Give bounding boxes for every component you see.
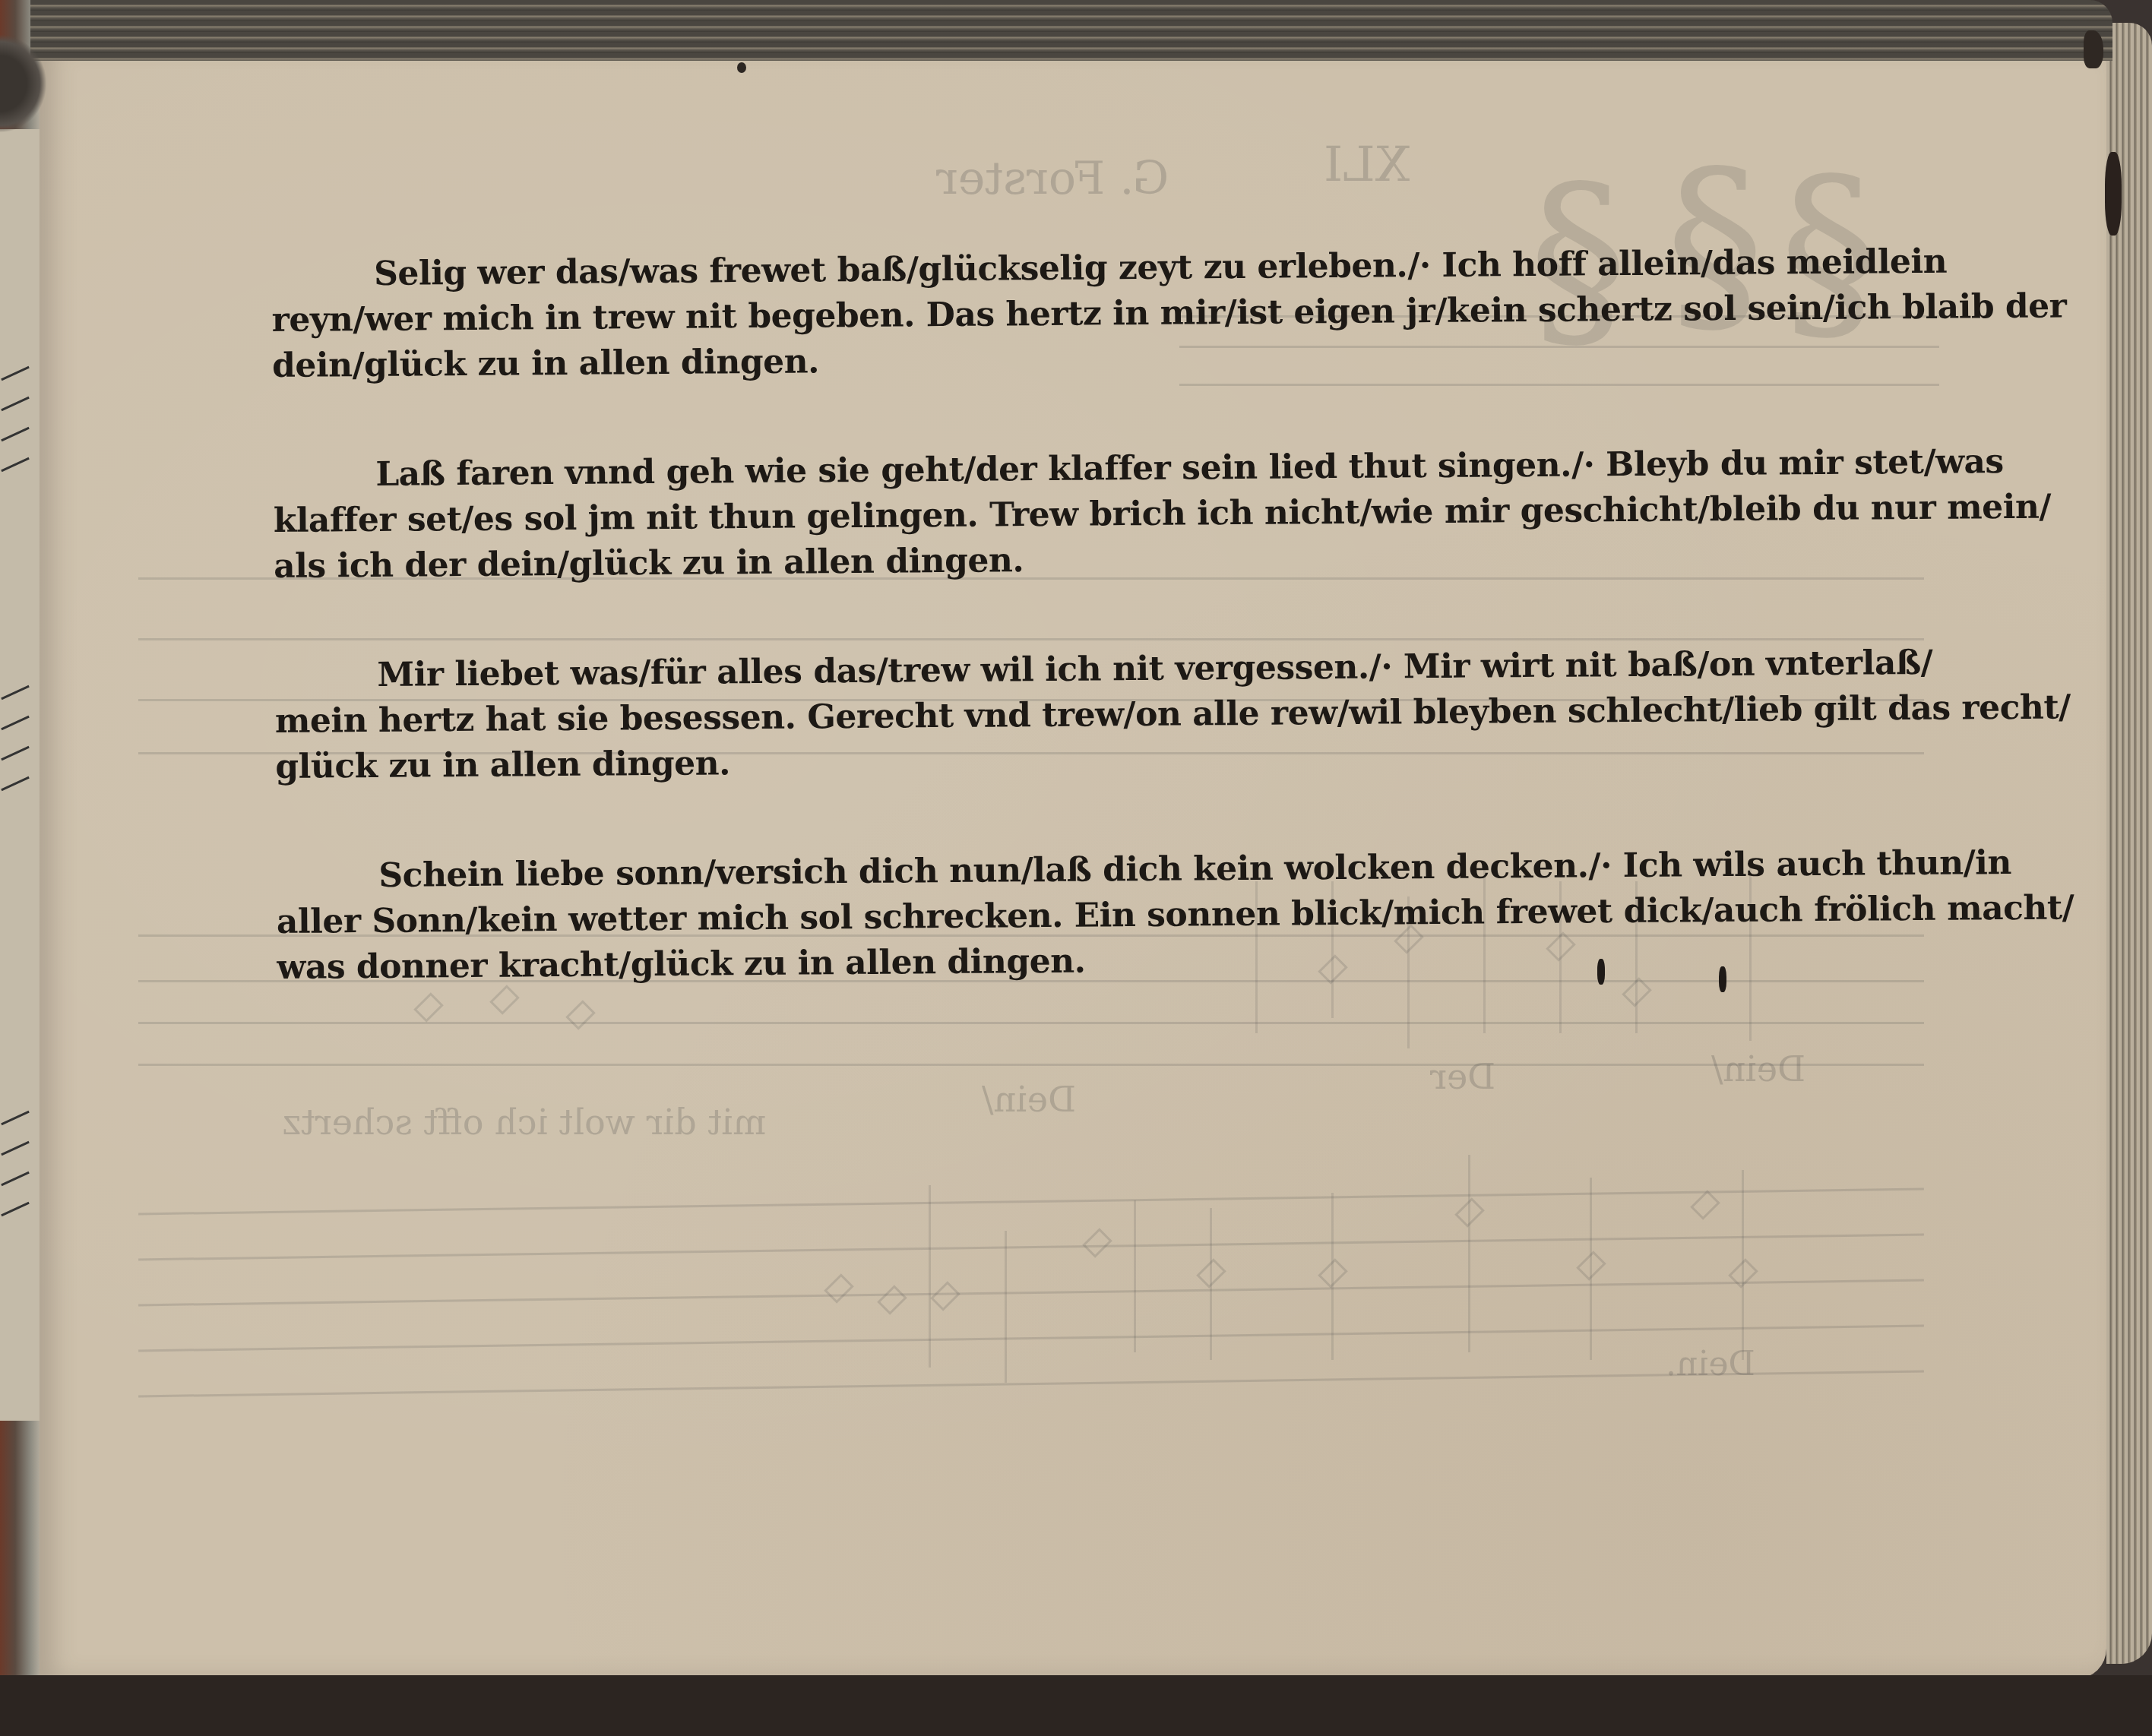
facing-staff-mark	[1, 1111, 30, 1126]
bleed-through-note-stem	[1134, 1200, 1136, 1352]
bleed-through-staff-line	[138, 1279, 1924, 1307]
bleed-through-note	[1454, 1197, 1485, 1228]
facing-staff-mark	[1, 776, 30, 792]
scan-bottom-shadow	[0, 1675, 2152, 1736]
bleed-through-note-stem	[1005, 1231, 1007, 1383]
facing-page-sliver	[0, 129, 40, 1421]
bleed-through-lyric: Der	[1430, 1056, 1495, 1097]
bleed-through-note	[1318, 1258, 1348, 1289]
facing-staff-mark	[1, 685, 30, 700]
bleed-through-note	[1082, 1228, 1112, 1258]
bleed-through-lyric: Dein/	[982, 1079, 1076, 1120]
stanza-1: Selig wer das/was frewet baß/glückselig …	[271, 239, 1974, 389]
bleed-through-lyric: Dein/	[1711, 1048, 1805, 1089]
facing-staff-mark	[1, 1172, 30, 1187]
bleed-through-note-stem	[1468, 1155, 1470, 1352]
bleed-through-note	[824, 1273, 854, 1304]
facing-staff-mark	[1, 397, 30, 412]
edge-ink-blot	[2105, 152, 2122, 236]
bleed-through-note	[930, 1281, 960, 1311]
bleed-through-staff-line	[138, 1371, 1924, 1398]
bleed-through-note	[877, 1285, 907, 1315]
song-text-block: Selig wer das/was frewet baß/glückselig …	[271, 239, 1980, 1055]
stanza-3: Mir liebet was/für alles das/trew wil ic…	[274, 640, 1977, 790]
bleed-through-note-stem	[929, 1185, 931, 1368]
page-fore-edge	[2106, 23, 2152, 1664]
ink-speck	[737, 62, 746, 73]
bleed-through-staff-line	[138, 1234, 1924, 1261]
facing-staff-mark	[1, 746, 30, 761]
bleed-through-lyric: mit dir wolt ich offt schertz	[283, 1102, 766, 1143]
bleed-through-note	[1196, 1258, 1226, 1289]
facing-staff-mark	[1, 366, 30, 381]
bleed-through-lyric: Dein.	[1666, 1345, 1755, 1383]
bleed-through-staff-line	[138, 1188, 1924, 1216]
facing-staff-mark	[1, 1202, 30, 1217]
bleed-through-composer: G. Forster	[936, 152, 1169, 205]
facing-staff-mark	[1, 716, 30, 731]
facing-staff-mark	[1, 427, 30, 442]
book-top-edge	[30, 0, 2112, 61]
printed-page: XLI G. Forster § § §	[40, 46, 2106, 1679]
bleed-through-folio: XLI	[1324, 137, 1410, 193]
stanza-4: Schein liebe sonn/versich dich nun/laß d…	[276, 840, 1979, 991]
stanza-2: Laß faren vnnd geh wie sie geht/der klaf…	[273, 439, 1976, 590]
spine-curl	[0, 34, 47, 133]
facing-staff-mark	[1, 457, 30, 473]
bleed-through-note	[1576, 1251, 1606, 1281]
bleed-through-staff-line	[138, 1325, 1924, 1352]
bleed-through-staff-line	[138, 1064, 1924, 1066]
corner-ink-blot	[2084, 30, 2103, 68]
bleed-through-note	[1690, 1190, 1720, 1220]
facing-staff-mark	[1, 1141, 30, 1156]
book-scan: XLI G. Forster § § §	[0, 0, 2152, 1736]
